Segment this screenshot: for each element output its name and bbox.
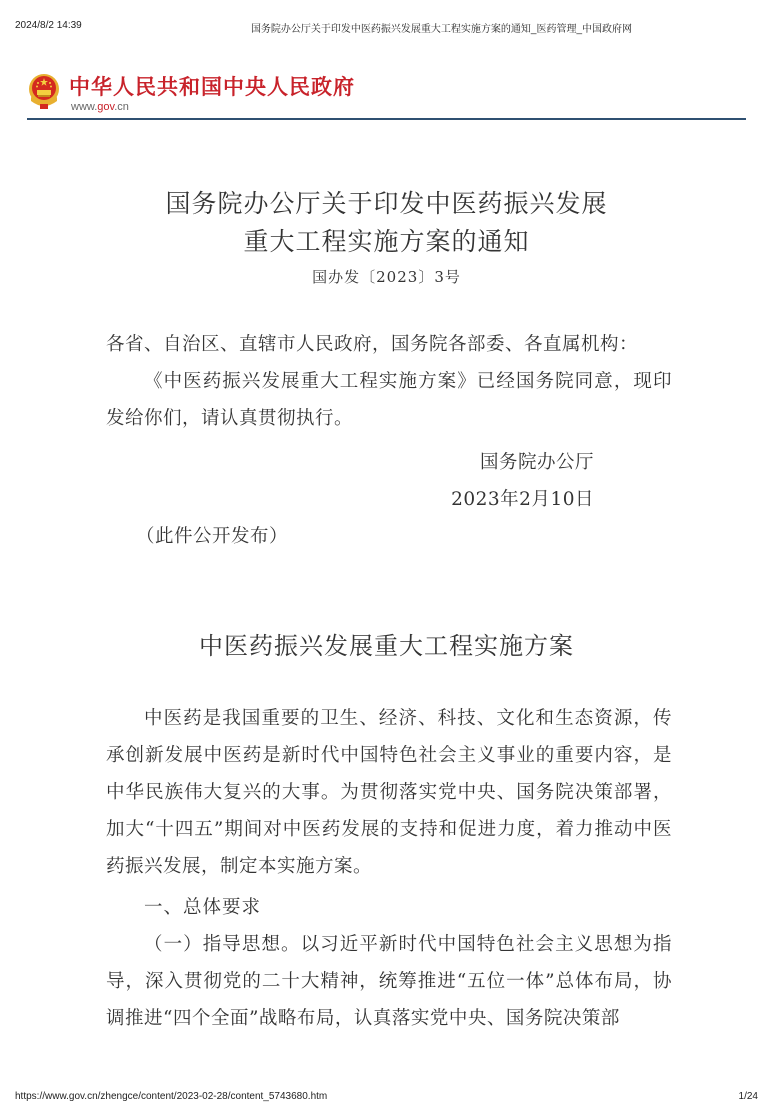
publication-note: （此件公开发布） [136,518,702,555]
section-heading: 一、总体要求 [144,893,261,919]
print-header: 2024/8/2 14:39 国务院办公厅关于印发中医药振兴发展重大工程实施方案… [0,0,773,40]
plan-intro: 中医药是我国重要的卫生、经济、科技、文化和生态资源，传承创新发展中医药是新时代中… [106,700,672,885]
issue-date: 2023年2月10日 [106,481,594,518]
print-url: https://www.gov.cn/zhengce/content/2023-… [15,1091,327,1102]
page-number: 1/24 [739,1091,758,1102]
site-header: 中华人民共和国中央人民政府 www.gov.cn [27,68,747,122]
addressee: 各省、自治区、直辖市人民政府，国务院各部委、各直属机构： [106,326,672,363]
paragraph-label: （一）指导思想。 [144,934,301,955]
notice-body: 《中医药振兴发展重大工程实施方案》已经国务院同意，现印发给你们，请认真贯彻执行。 [106,363,672,437]
header-divider [27,118,746,120]
site-url-prefix: www. [71,101,97,113]
print-footer: https://www.gov.cn/zhengce/content/2023-… [0,1087,773,1107]
site-url-gov: gov [97,101,114,113]
notice-title-line2: 重大工程实施方案的通知 [0,222,773,258]
site-url-suffix: .cn [114,101,129,113]
plan-title: 中医药振兴发展重大工程实施方案 [0,626,773,661]
print-page-title: 国务院办公厅关于印发中医药振兴发展重大工程实施方案的通知_医药管理_中国政府网 [0,20,773,35]
national-emblem-icon [27,73,61,111]
site-name[interactable]: 中华人民共和国中央人民政府 [69,71,355,101]
notice-title-line1: 国务院办公厅关于印发中医药振兴发展 [0,184,773,220]
issuer: 国务院办公厅 [106,444,594,481]
section-paragraph: （一）指导思想。以习近平新时代中国特色社会主义思想为指导，深入贯彻党的二十大精神… [106,926,672,1037]
doc-number: 国办发〔2023〕3号 [0,266,773,287]
site-url[interactable]: www.gov.cn [71,101,129,113]
